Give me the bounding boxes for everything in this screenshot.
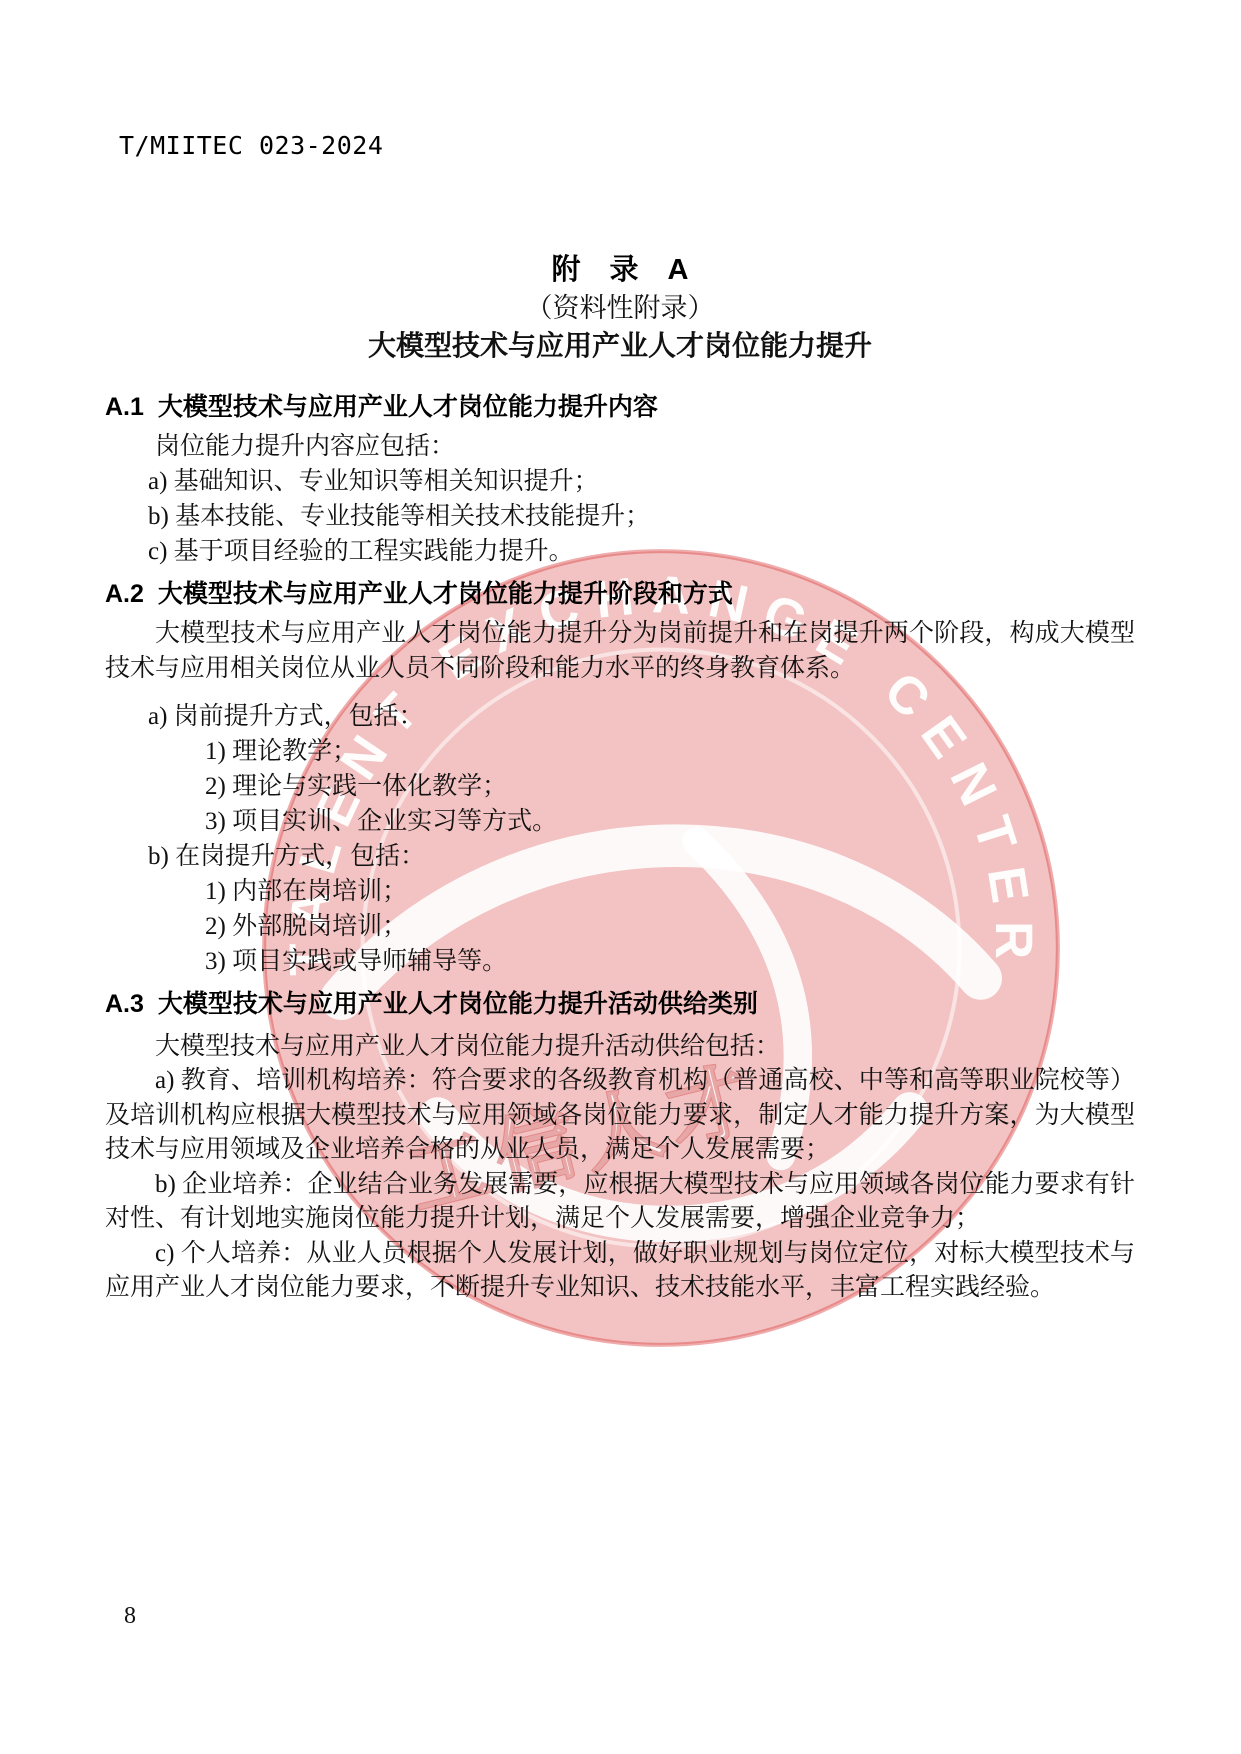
document-page: TALENT EXCHANGE CENTER 工信人才 T/MIITEC 023… [0, 0, 1241, 1754]
paragraph: a) 教育、培训机构培养：符合要求的各级教育机构（普通高校、中等和高等职业院校等… [105, 1064, 1135, 1168]
list-subitem: 2) 理论与实践一体化教学； [205, 769, 1135, 804]
list-item: b) 在岗提升方式，包括： [148, 839, 1135, 874]
appendix-title: 大模型技术与应用产业人才岗位能力提升 [105, 324, 1135, 364]
section-a3-paragraphs: a) 教育、培训机构培养：符合要求的各级教育机构（普通高校、中等和高等职业院校等… [105, 1064, 1135, 1306]
list-item: c) 基于项目经验的工程实践能力提升。 [148, 534, 1135, 569]
list-subitem: 3) 项目实践或导师辅导等。 [205, 944, 1135, 979]
list-subitem: 1) 理论教学； [205, 734, 1135, 769]
list-subitem: 3) 项目实训、企业实习等方式。 [205, 804, 1135, 839]
appendix-type-note: （资料性附录） [105, 286, 1135, 325]
section-a1-list: a) 基础知识、专业知识等相关知识提升； b) 基本技能、专业技能等相关技术技能… [105, 464, 1135, 569]
section-a3-title: 大模型技术与应用产业人才岗位能力提升活动供给类别 [158, 990, 758, 1018]
appendix-label: 附 录 A [105, 247, 1135, 288]
section-a3-intro: 大模型技术与应用产业人才岗位能力提升活动供给包括： [105, 1029, 1135, 1064]
section-a2-heading: A.2大模型技术与应用产业人才岗位能力提升阶段和方式 [105, 574, 1135, 610]
section-a2-title: 大模型技术与应用产业人才岗位能力提升阶段和方式 [158, 580, 733, 608]
section-a1-number: A.1 [105, 393, 144, 421]
list-subitem: 1) 内部在岗培训； [205, 874, 1135, 909]
list-item: a) 基础知识、专业知识等相关知识提升； [148, 464, 1135, 499]
section-a3-heading: A.3大模型技术与应用产业人才岗位能力提升活动供给类别 [105, 984, 1135, 1020]
section-a2-intro: 大模型技术与应用产业人才岗位能力提升分为岗前提升和在岗提升两个阶段，构成大模型技… [105, 616, 1135, 686]
page-number: 8 [124, 1603, 136, 1630]
section-a3-number: A.3 [105, 990, 144, 1018]
list-item: b) 基本技能、专业技能等相关技术技能提升； [148, 499, 1135, 534]
list-item: a) 岗前提升方式，包括： [148, 699, 1135, 734]
section-a1-intro: 岗位能力提升内容应包括： [105, 429, 1135, 464]
page-content: T/MIITEC 023-2024 附 录 A （资料性附录） 大模型技术与应用… [0, 0, 1241, 1754]
section-a2-number: A.2 [105, 580, 144, 608]
paragraph: b) 企业培养：企业结合业务发展需要，应根据大模型技术与应用领域各岗位能力要求有… [105, 1168, 1135, 1237]
standard-number-header: T/MIITEC 023-2024 [119, 131, 383, 160]
section-a1-title: 大模型技术与应用产业人才岗位能力提升内容 [158, 393, 658, 421]
paragraph: c) 个人培养：从业人员根据个人发展计划，做好职业规划与岗位定位，对标大模型技术… [105, 1237, 1135, 1306]
section-a1-heading: A.1大模型技术与应用产业人才岗位能力提升内容 [105, 387, 1135, 423]
list-subitem: 2) 外部脱岗培训； [205, 909, 1135, 944]
section-a2-list: a) 岗前提升方式，包括： 1) 理论教学； 2) 理论与实践一体化教学； 3)… [105, 699, 1135, 979]
